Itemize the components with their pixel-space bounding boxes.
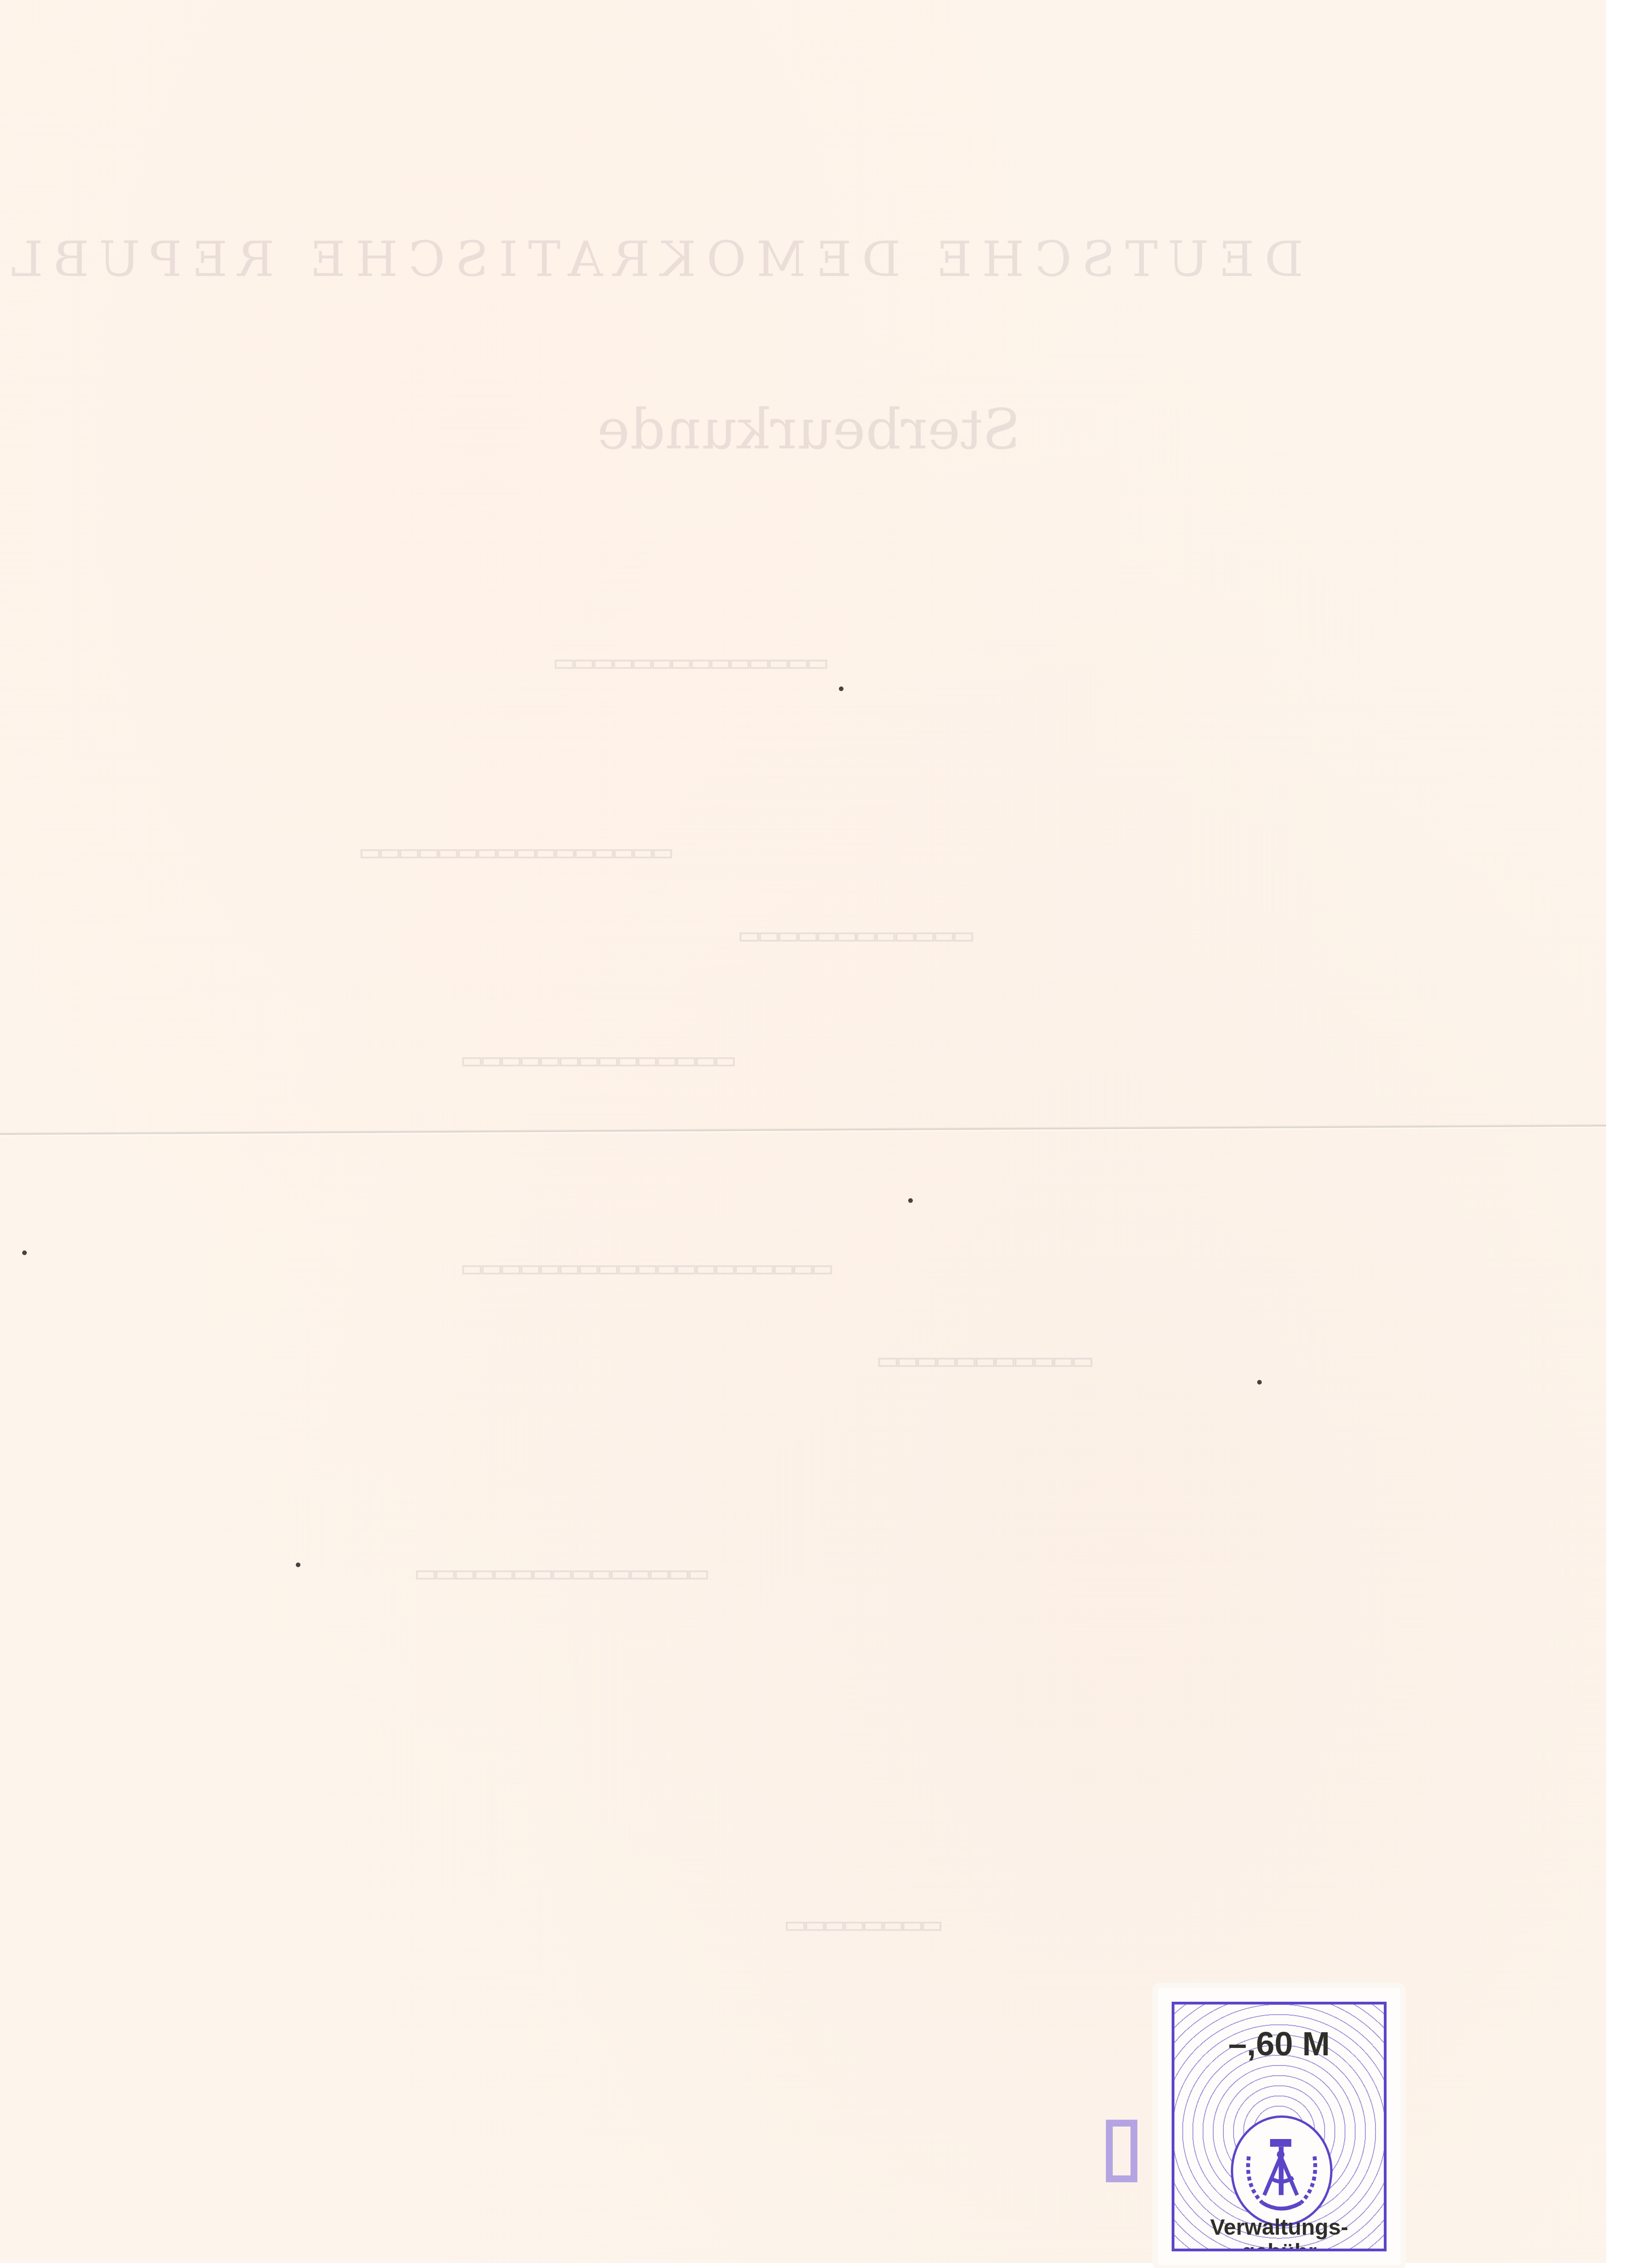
- pinhole-mark: [908, 1198, 913, 1203]
- bleed-through-line: ▭▭▭▭▭▭▭▭▭▭▭▭▭▭: [462, 1040, 735, 1080]
- bleed-through-line: ▭▭▭▭▭▭▭▭▭▭▭▭▭▭▭: [416, 1553, 708, 1594]
- pinhole-mark: [839, 687, 843, 691]
- bleed-through-line: ▭▭▭▭▭▭▭▭: [786, 1905, 941, 1945]
- ddr-coat-of-arms-icon: [1231, 2115, 1332, 2226]
- bleed-through-title: Sterbeurkunde: [578, 398, 1040, 462]
- bleed-through-header: DEUTSCHE DEMOKRATISCHE REPUBLIK: [333, 231, 1303, 288]
- bleed-through-line: ▭▭▭▭▭▭▭▭▭▭▭▭: [740, 915, 973, 956]
- bleed-through-line: ▭▭▭▭▭▭▭▭▭▭▭▭▭▭▭▭▭▭▭: [462, 1248, 832, 1288]
- stamp-value: –,60 M: [1174, 2025, 1384, 2063]
- bleed-through-line: ▭▭▭▭▭▭▭▭▭▭▭▭▭▭: [555, 643, 827, 683]
- stamp-label-line2: gebühr: [1174, 2239, 1384, 2251]
- stamp-label-line1: Verwaltungs-: [1174, 2215, 1384, 2241]
- bleed-through-line: ▭▭▭▭▭▭▭▭▭▭▭: [878, 1341, 1093, 1381]
- bleed-through-line: ▭▭▭▭▭▭▭▭▭▭▭▭▭▭▭▭: [361, 832, 672, 872]
- fold-crease: [0, 1124, 1606, 1137]
- document-paper: DEUTSCHE DEMOKRATISCHE REPUBLIK Sterbeur…: [0, 0, 1606, 2263]
- stamp-frame: –,60 M Verwaltungs- gebühr: [1172, 2002, 1387, 2251]
- pinhole-mark: [296, 1563, 300, 1567]
- pinhole-mark: [1257, 1380, 1262, 1385]
- pinhole-mark: [22, 1250, 27, 1255]
- revenue-stamp: –,60 M Verwaltungs- gebühr: [1158, 1988, 1400, 2265]
